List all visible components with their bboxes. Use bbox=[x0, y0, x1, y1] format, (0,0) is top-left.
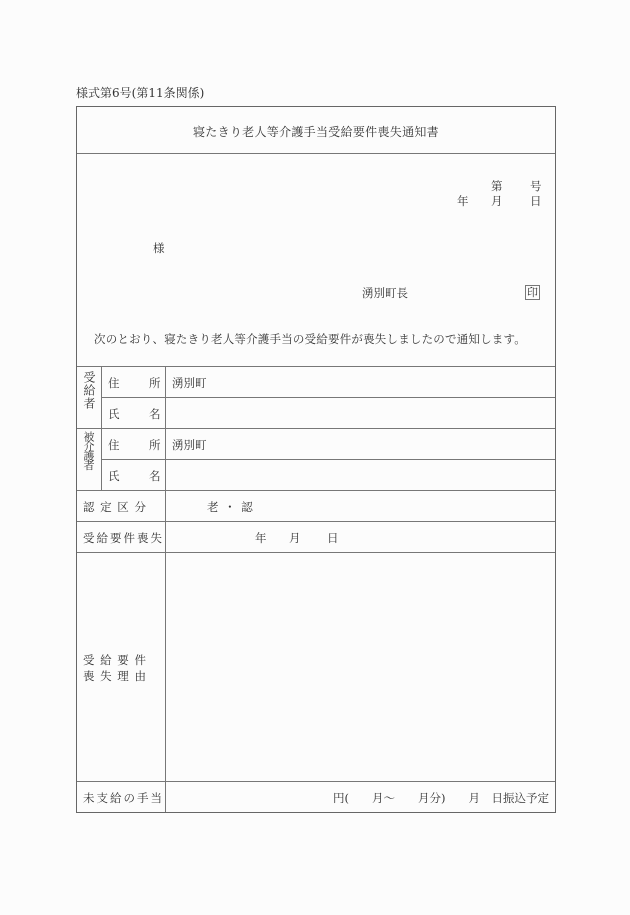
date-month: 月 bbox=[491, 193, 503, 209]
recipient-group-label: 受給者 bbox=[81, 371, 98, 427]
loss-date-label: 受給要件喪失 bbox=[83, 530, 164, 546]
recipient-address-field[interactable]: 湧別町 bbox=[172, 375, 207, 391]
cared-name-field[interactable] bbox=[172, 468, 542, 486]
form-caption: 様式第6号(第11条関係) bbox=[76, 84, 204, 101]
cared-person-group-label: 被介護者 bbox=[82, 431, 95, 491]
loss-date-month[interactable]: 月 bbox=[289, 530, 301, 546]
notice-form: 寝たきり老人等介護手当受給要件喪失通知書 第 号 年 月 日 様 湧別町長 印 … bbox=[76, 106, 556, 813]
body-text: 次のとおり、寝たきり老人等介護手当の受給要件が喪失しましたので通知します。 bbox=[94, 331, 526, 347]
certification-field[interactable]: 老 ・ 認 bbox=[207, 499, 254, 515]
reason-label-line2: 喪 失 理 由 bbox=[83, 668, 147, 684]
cared-address-label-2: 所 bbox=[149, 437, 161, 453]
divider bbox=[77, 153, 555, 154]
seal-mark: 印 bbox=[525, 285, 540, 300]
recipient-address-label-1: 住 bbox=[108, 375, 120, 391]
certification-label: 認 定 区 分 bbox=[83, 499, 147, 515]
number-dai: 第 bbox=[491, 178, 503, 194]
recipient-name-field[interactable] bbox=[172, 406, 542, 424]
recipient-address-label-2: 所 bbox=[149, 375, 161, 391]
document-title: 寝たきり老人等介護手当受給要件喪失通知書 bbox=[77, 123, 555, 140]
reason-label-line1: 受 給 要 件 bbox=[83, 652, 147, 668]
issuer-name: 湧別町長 bbox=[362, 285, 408, 301]
date-year: 年 bbox=[457, 193, 469, 209]
loss-date-day[interactable]: 日 bbox=[327, 530, 339, 546]
unpaid-allowance-field[interactable]: 円( 月〜 月分) 月 日振込予定 bbox=[333, 790, 549, 806]
recipient-name-label-1: 氏 bbox=[108, 406, 120, 422]
number-go: 号 bbox=[530, 178, 542, 194]
reason-field[interactable] bbox=[172, 559, 547, 774]
recipient-name-label-2: 名 bbox=[149, 406, 161, 422]
cared-name-label-1: 氏 bbox=[108, 468, 120, 484]
cared-address-label-1: 住 bbox=[108, 437, 120, 453]
cared-address-field[interactable]: 湧別町 bbox=[172, 437, 207, 453]
loss-date-year[interactable]: 年 bbox=[255, 530, 267, 546]
unpaid-allowance-label: 未支給の手当 bbox=[83, 790, 164, 806]
date-day: 日 bbox=[530, 193, 542, 209]
cared-name-label-2: 名 bbox=[149, 468, 161, 484]
addressee-suffix: 様 bbox=[153, 240, 165, 256]
